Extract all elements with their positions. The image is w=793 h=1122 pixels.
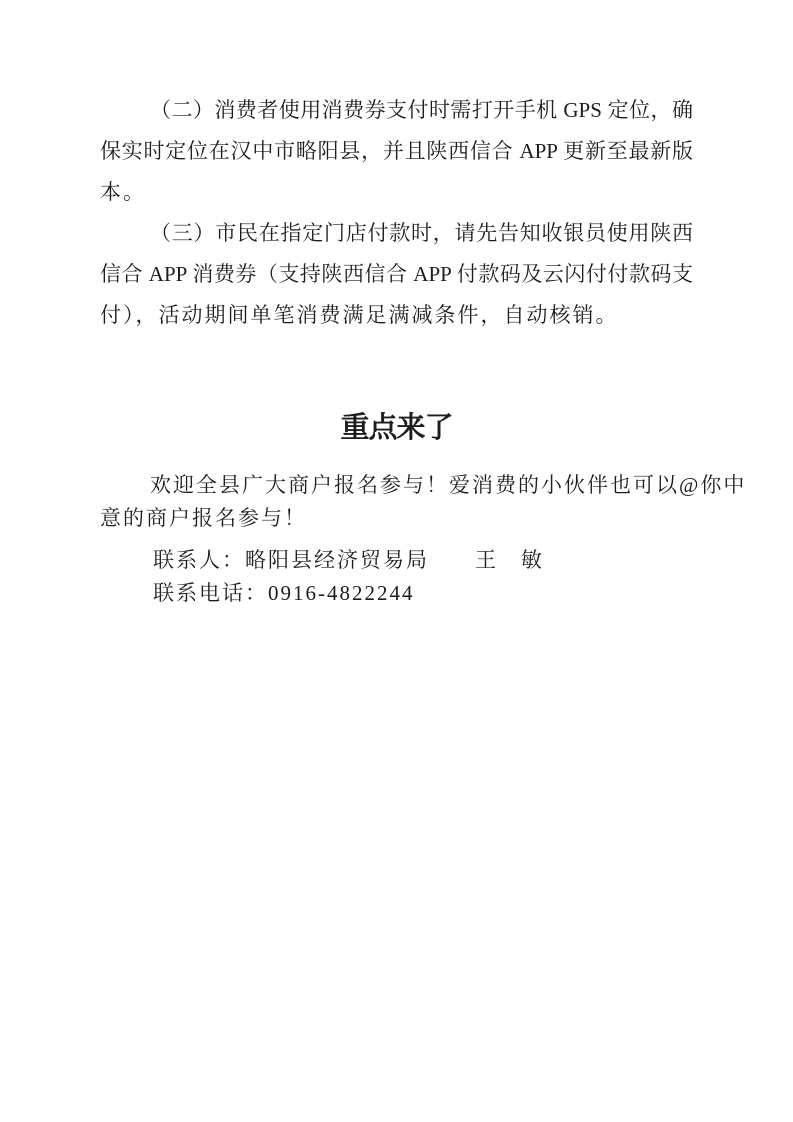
text-line: 本。 (100, 172, 693, 213)
paragraph-gps-notice: （二）消费者使用消费券支付时需打开手机 GPS 定位，确 保实时定位在汉中市略阳… (100, 90, 693, 213)
contact-phone-line: 联系电话：0916-4822244 (100, 577, 693, 610)
contact-person-line: 联系人：略阳县经济贸易局 王 敏 (100, 544, 693, 577)
document-page: （二）消费者使用消费券支付时需打开手机 GPS 定位，确 保实时定位在汉中市略阳… (0, 0, 793, 1122)
paragraph-cashier-notice: （三）市民在指定门店付款时，请先告知收银员使用陕西 信合 APP 消费券（支持陕… (100, 213, 693, 336)
contact-phone-label: 联系电话： (153, 581, 268, 605)
text-line: （三）市民在指定门店付款时，请先告知收银员使用陕西 (100, 213, 693, 254)
contact-person-value: 略阳县经济贸易局 王 敏 (245, 548, 544, 572)
text-line: （二）消费者使用消费券支付时需打开手机 GPS 定位，确 (100, 90, 693, 131)
text-line: 欢迎全县广大商户报名参与！爱消费的小伙伴也可以@你中 (100, 469, 693, 502)
section-heading: 重点来了 (100, 398, 693, 458)
contact-person-label: 联系人： (153, 548, 245, 572)
text-line: 保实时定位在汉中市略阳县，并且陕西信合 APP 更新至最新版 (100, 131, 693, 172)
text-line: 意的商户报名参与！ (100, 502, 693, 535)
paragraph-welcome: 欢迎全县广大商户报名参与！爱消费的小伙伴也可以@你中 意的商户报名参与！ 联系人… (100, 469, 693, 610)
text-line: 付），活动期间单笔消费满足满减条件，自动核销。 (100, 295, 693, 336)
contact-phone-value: 0916-4822244 (268, 581, 415, 605)
text-line: 信合 APP 消费券（支持陕西信合 APP 付款码及云闪付付款码支 (100, 254, 693, 295)
